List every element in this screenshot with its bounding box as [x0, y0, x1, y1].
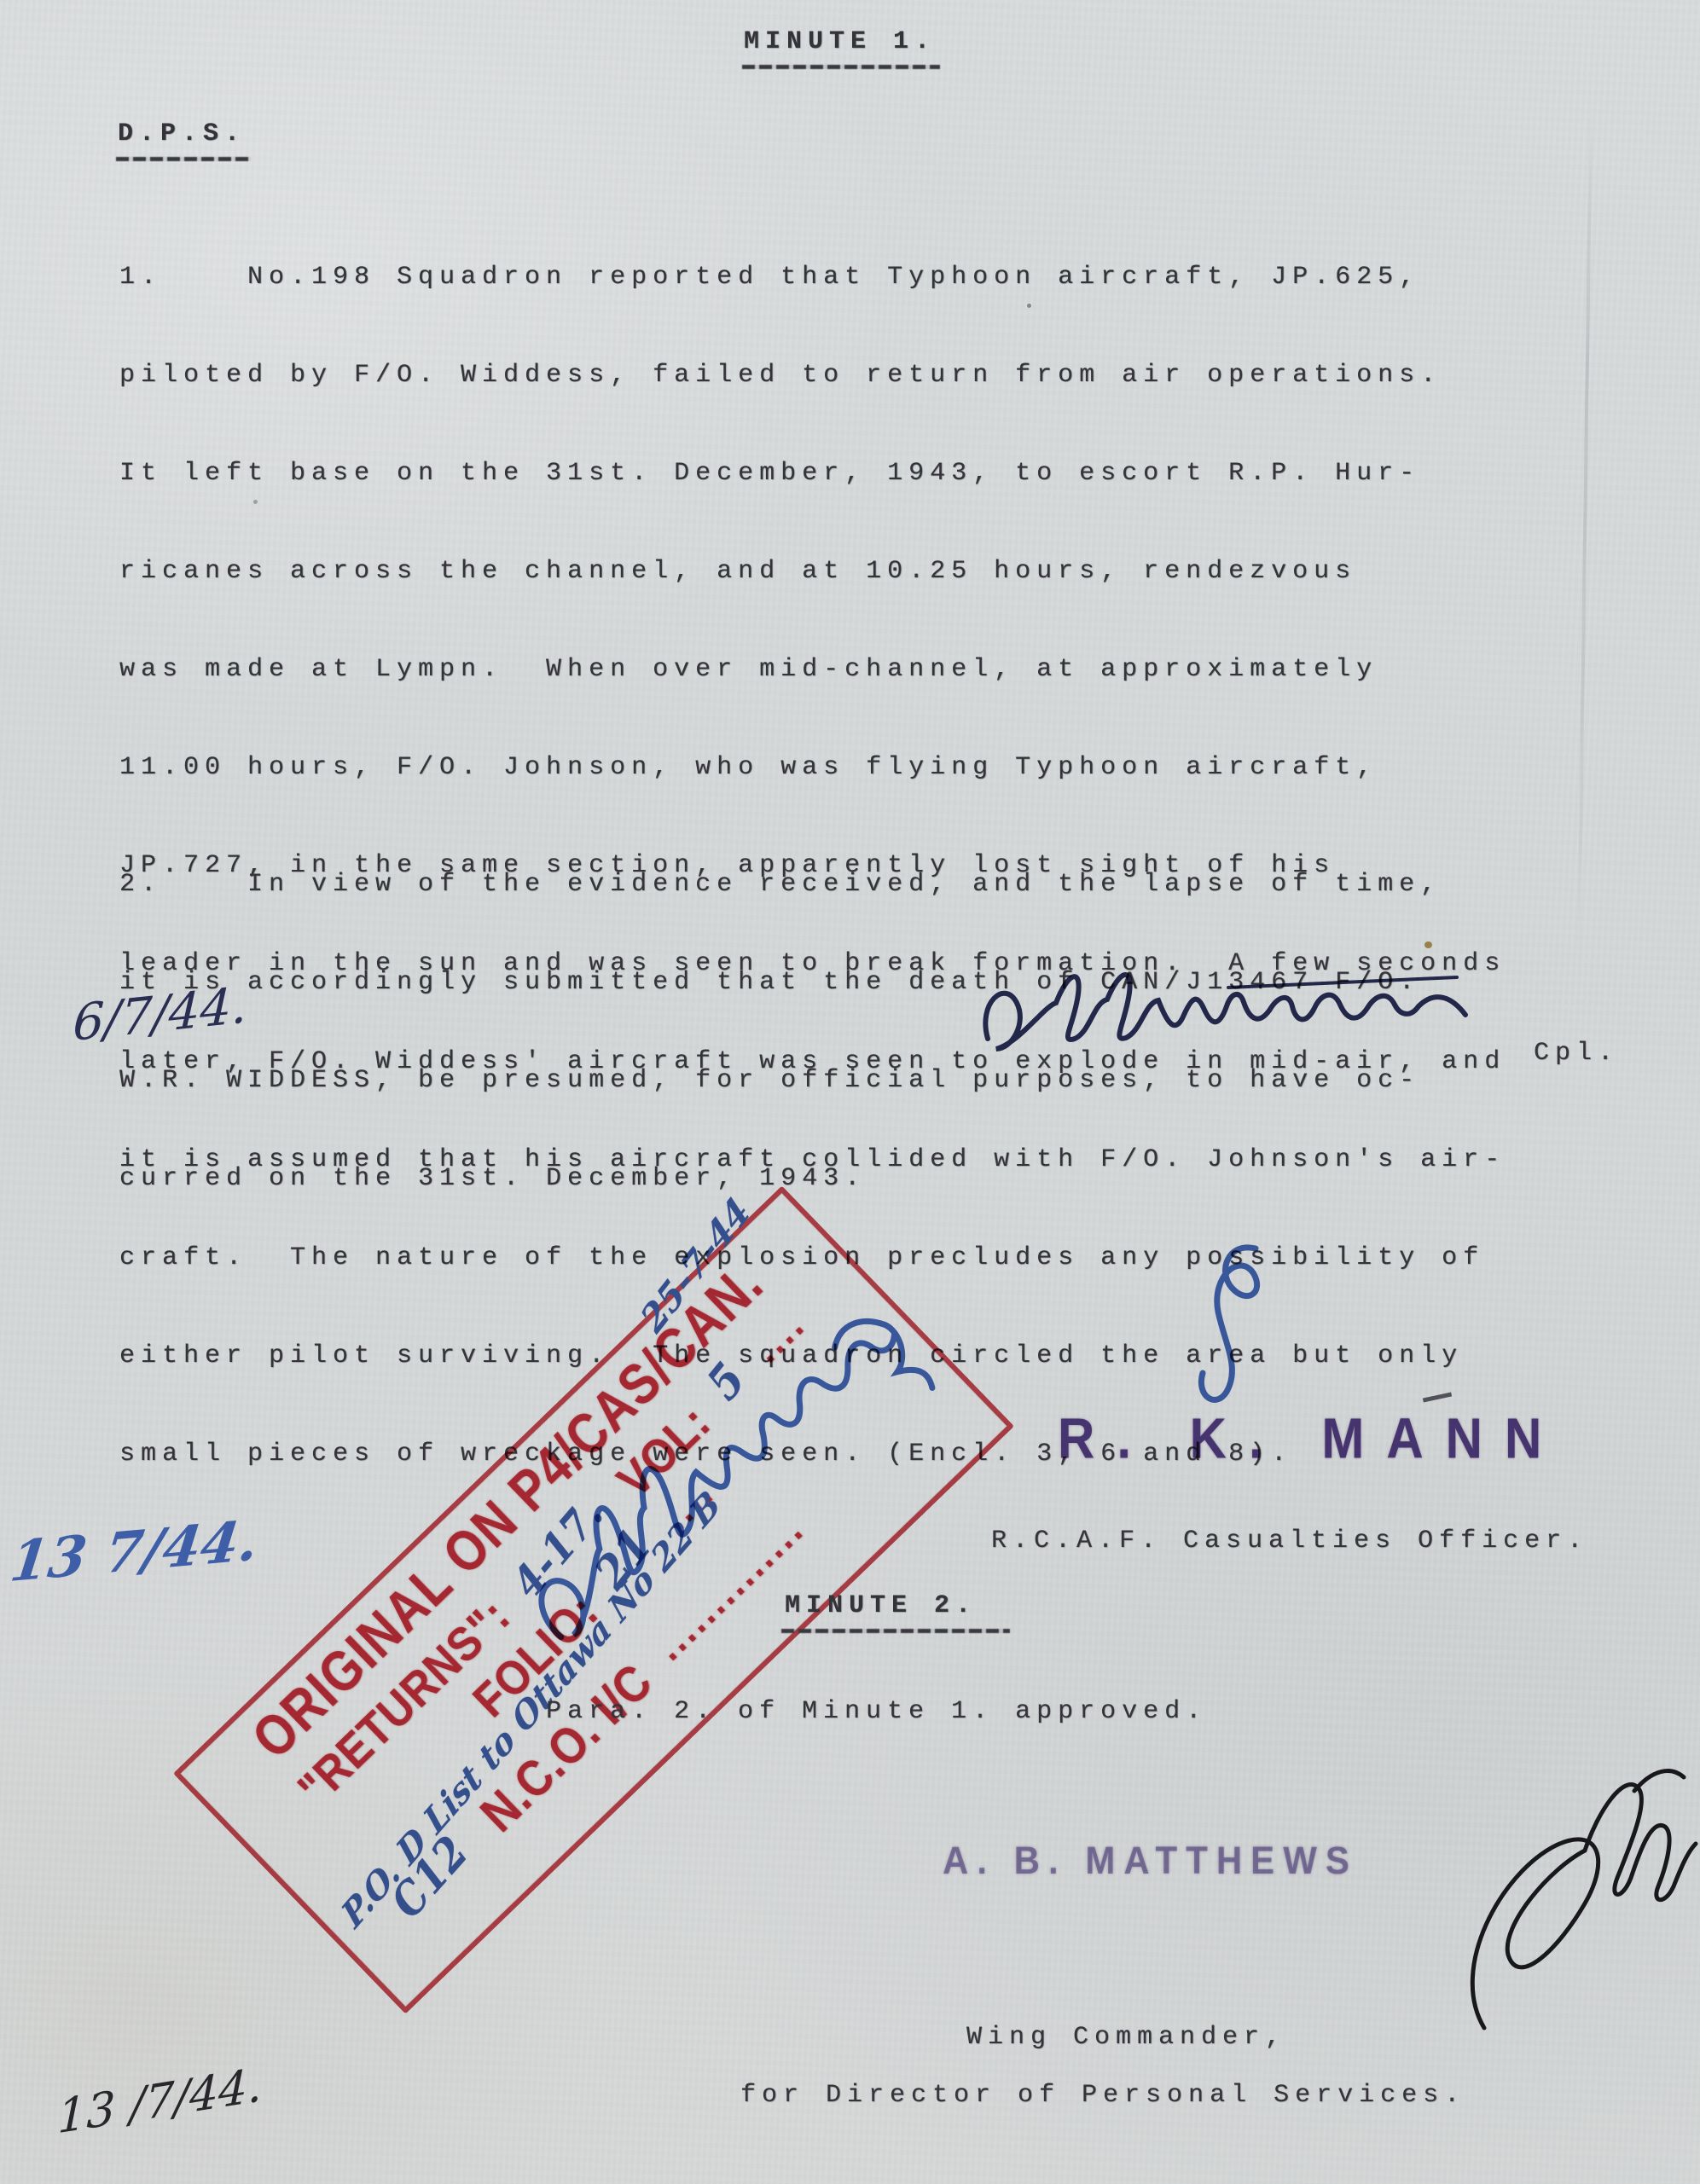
para1-line: was made at Lympn. When over mid-channel… [119, 655, 1506, 695]
addressee-underline [116, 157, 251, 161]
approver-name-stamp: A. B. MATTHEWS [943, 1839, 1358, 1883]
para1-line: 11.00 hours, F/O. Johnson, who was flyin… [119, 753, 1506, 793]
officer-name-stamp: R. K. MANN [1058, 1405, 1564, 1471]
addressee: D.P.S. [118, 119, 246, 148]
approver-signature-scrawl [1455, 1740, 1700, 2081]
para1-line: It left base on the 31st. December, 1943… [119, 459, 1506, 499]
approver-rank: Wing Commander, [966, 2023, 1286, 2052]
clerk-signature-scrawl [972, 953, 1518, 1098]
clerk-rank: Cpl. [1534, 1039, 1619, 1068]
para2-line: 2. In view of the evidence received, and… [119, 870, 1442, 910]
minute2-title: MINUTE 2. [785, 1591, 977, 1620]
handwritten-date-13-7-44-blue: 13 7/44. [7, 1509, 262, 1595]
officer-title: R.C.A.F. Casualties Officer. [991, 1526, 1588, 1555]
para1-line: piloted by F/O. Widdess, failed to retur… [119, 361, 1506, 401]
minute1-title-underline [742, 65, 940, 69]
approver-for-line: for Director of Personal Services. [740, 2081, 1465, 2110]
minute2-body: Para. 2. of Minute 1. approved. [546, 1697, 1207, 1726]
minute2-title-underline [781, 1629, 1010, 1633]
para1-line: ricanes across the channel, and at 10.25… [119, 557, 1506, 597]
minute1-title: MINUTE 1. [744, 27, 936, 56]
para1-line: 1. No.198 Squadron reported that Typhoon… [119, 263, 1506, 303]
handwritten-date-13-7-44-bottom: 13 /7/44. [57, 2058, 263, 2145]
paper-crease [1577, 102, 1593, 972]
document-page: MINUTE 1. D.P.S. 1. No.198 Squadron repo… [0, 0, 1700, 2184]
for-flourish-scrawl [1184, 1238, 1303, 1417]
